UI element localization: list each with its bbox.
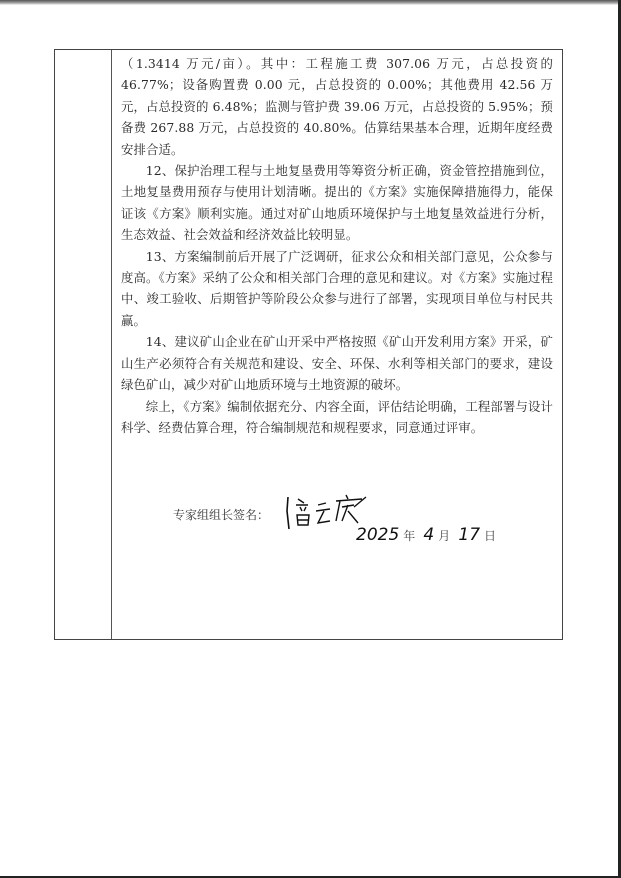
table-label-column [55, 50, 112, 639]
date-year-unit: 年 [403, 529, 415, 543]
paragraph-11-continued: （1.3414 万元/亩）。其中：工程施工费 307.06 万元，占总投资的 4… [121, 53, 553, 160]
paragraph-14: 14、建议矿山企业在矿山开采中严格按照《矿山开发利用方案》开采，矿山生产必须符合… [121, 331, 553, 395]
signature-date: 2025年 4月 17日 [356, 525, 500, 545]
signature-label: 专家组组长签名： [173, 506, 269, 523]
date-day: 17 [458, 525, 480, 545]
paragraph-12: 12、保护治理工程与土地复垦费用等筹资分析正确，资金管控措施到位，土地复垦费用预… [121, 160, 553, 246]
date-day-unit: 日 [484, 529, 496, 543]
date-month-unit: 月 [438, 529, 450, 543]
review-opinion-content: （1.3414 万元/亩）。其中：工程施工费 307.06 万元，占总投资的 4… [121, 53, 553, 438]
review-opinion-table: （1.3414 万元/亩）。其中：工程施工费 307.06 万元，占总投资的 4… [54, 49, 563, 640]
date-year: 2025 [356, 525, 399, 545]
date-month: 4 [423, 525, 434, 545]
paragraph-13: 13、方案编制前后开展了广泛调研，征求公众和相关部门意见，公众参与度高。《方案》… [121, 246, 553, 332]
paragraph-summary: 综上，《方案》编制依据充分、内容全面，评估结论明确，工程部署与设计科学、经费估算… [121, 396, 553, 439]
scan-edge-top [0, 0, 621, 5]
